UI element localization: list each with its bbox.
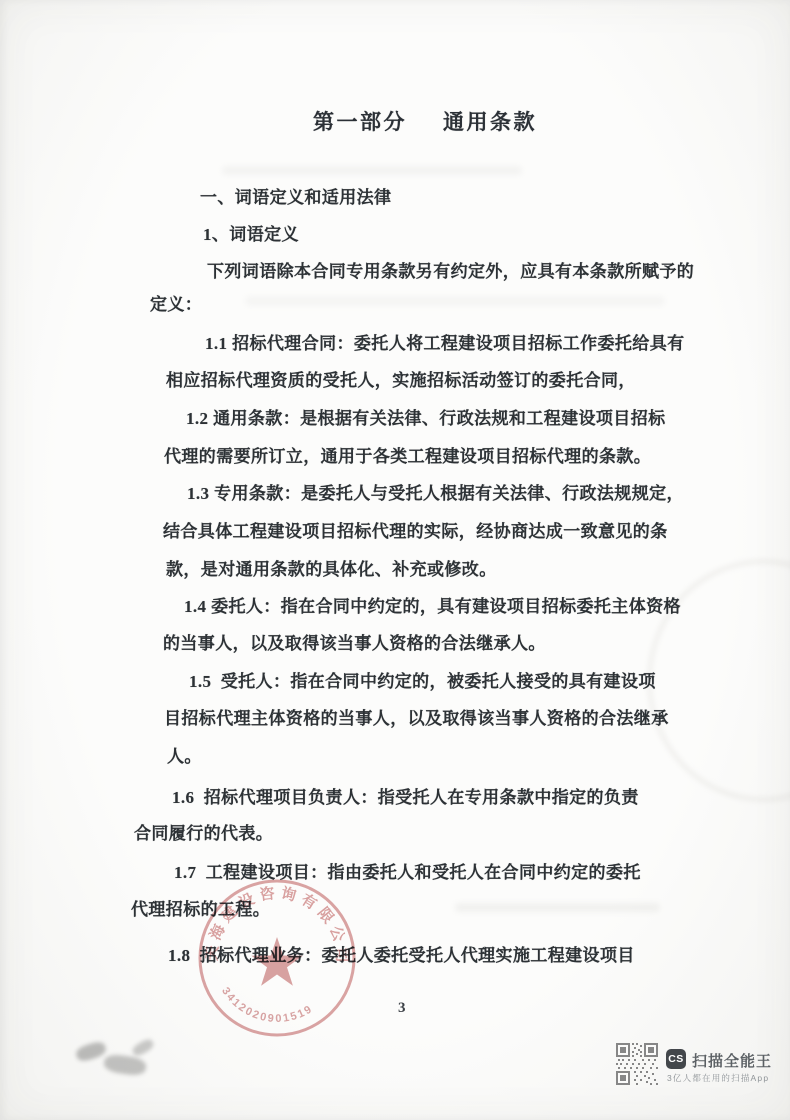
doc-line-clause-1-5a: 1.5 受托人：指在合同中约定的，被委托人接受的具有建设项	[189, 670, 656, 694]
qr-code-icon	[616, 1043, 658, 1085]
scan-ghost-mark	[455, 903, 660, 912]
ink-smudge	[131, 1037, 156, 1058]
doc-line-heading-2: 1、词语定义	[203, 223, 299, 247]
doc-line-clause-1-2a: 1.2 通用条款：是根据有关法律、行政法规和工程建设项目招标	[186, 407, 666, 431]
camscanner-app-name: 扫描全能王	[692, 1050, 772, 1071]
ink-smudge	[74, 1040, 107, 1064]
doc-line-clause-1-3a: 1.3 专用条款：是委托人与受托人根据有关法律、行政法规规定，	[187, 482, 684, 506]
doc-line-intro-2: 定义：	[150, 293, 202, 317]
doc-line-clause-1-1a: 1.1 招标代理合同：委托人将工程建设项目招标工作委托给具有	[205, 332, 685, 356]
doc-line-clause-1-6b: 合同履行的代表。	[134, 822, 273, 846]
page-title-part: 第一部分	[313, 110, 407, 134]
doc-line-clause-1-5b: 目招标代理主体资格的当事人，以及取得该当事人资格的合法继承	[164, 707, 669, 731]
doc-line-intro-1: 下列词语除本合同专用条款另有约定外，应具有本条款所赋予的	[207, 260, 694, 284]
doc-line-clause-1-3c: 款，是对通用条款的具体化、补充或修改。	[166, 558, 497, 582]
camscanner-watermark: CS 扫描全能王 3亿人都在用的扫描App	[616, 1042, 776, 1088]
seal-serial-number: 3412020901519	[219, 985, 315, 1025]
doc-line-heading-1: 一、词语定义和适用法律	[200, 186, 391, 210]
doc-line-clause-1-3b: 结合具体工程建设项目招标代理的实际，经协商达成一致意见的条	[163, 520, 668, 544]
page-number: 3	[398, 1000, 406, 1017]
company-seal: 天海建设咨询有限公司 3412020901519	[194, 878, 360, 1044]
doc-line-clause-1-1b: 相应招标代理资质的受托人，实施招标活动签订的委托合同，	[166, 369, 636, 393]
scan-ghost-mark	[222, 166, 522, 175]
doc-line-clause-1-2b: 代理的需要所订立，通用于各类工程建设项目招标代理的条款。	[164, 445, 651, 469]
scanned-document-page: 第一部分通用条款 一、词语定义和适用法律 1、词语定义 下列词语除本合同专用条款…	[0, 0, 790, 1120]
camscanner-tagline: 3亿人都在用的扫描App	[667, 1072, 769, 1084]
page-title: 第一部分通用条款	[30, 106, 790, 136]
doc-line-clause-1-5c: 人。	[167, 745, 202, 769]
doc-line-clause-1-4a: 1.4 委托人：指在合同中约定的，具有建设项目招标委托主体资格	[184, 595, 681, 619]
ink-smudge	[103, 1053, 147, 1077]
star-icon	[251, 937, 302, 986]
doc-line-clause-1-4b: 的当事人，以及取得该当事人资格的合法继承人。	[163, 632, 546, 656]
svg-text:3412020901519: 3412020901519	[219, 985, 315, 1025]
doc-line-clause-1-6a: 1.6 招标代理项目负责人：指受托人在专用条款中指定的负责	[172, 786, 639, 810]
scan-ghost-mark	[245, 296, 665, 306]
page-title-section: 通用条款	[443, 110, 537, 134]
camscanner-logo-icon: CS	[666, 1049, 686, 1069]
